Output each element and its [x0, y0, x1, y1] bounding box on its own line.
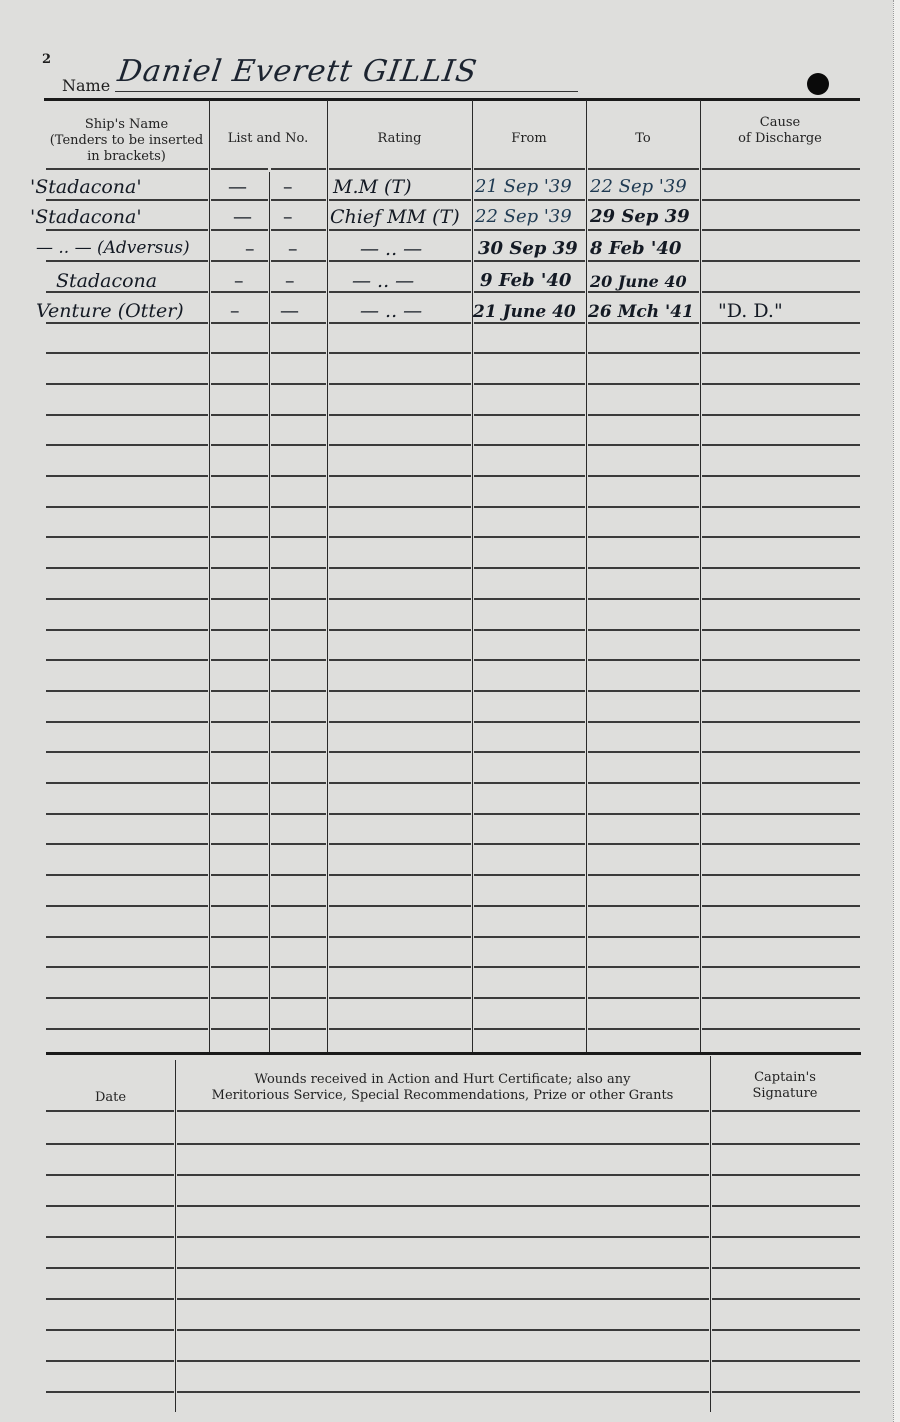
row-rule: [177, 1267, 709, 1269]
row-rule: [271, 782, 326, 784]
row-rule: [271, 567, 326, 569]
row-rule: [474, 813, 585, 815]
row-rule: [329, 598, 471, 600]
name-underline: [115, 91, 578, 92]
row-rule: [474, 414, 585, 416]
row-rule: [211, 199, 268, 201]
ship-cell: 'Stadacona': [30, 176, 142, 198]
row-rule: [702, 229, 860, 231]
row-rule: [588, 229, 699, 231]
list-cell: —: [228, 176, 247, 198]
row-rule: [474, 629, 585, 631]
header-date: Date: [46, 1090, 175, 1106]
row-rule: [474, 721, 585, 723]
from-cell: 30 Sep 39: [478, 238, 578, 259]
row-rule: [702, 383, 860, 385]
row-rule: [588, 352, 699, 354]
row-rule: [702, 936, 860, 938]
row-rule: [588, 751, 699, 753]
row-rule: [46, 629, 208, 631]
row-rule: [712, 1329, 860, 1331]
rating-cell: — .. —: [352, 270, 414, 292]
row-rule: [271, 843, 326, 845]
row-rule: [712, 1267, 860, 1269]
row-rule: [271, 997, 326, 999]
row-rule: [702, 536, 860, 538]
ship-cell: — .. — (Adversus): [36, 238, 190, 258]
header-wounds: Wounds received in Action and Hurt Certi…: [175, 1072, 710, 1104]
row-rule: [588, 659, 699, 661]
row-rule: [211, 475, 268, 477]
row-rule: [271, 260, 326, 262]
row-rule: [271, 199, 326, 201]
row-rule: [46, 1360, 174, 1362]
row-rule: [211, 874, 268, 876]
row-rule: [271, 322, 326, 324]
row-rule: [702, 905, 860, 907]
no-cell: —: [280, 300, 299, 322]
row-rule: [329, 751, 471, 753]
rating-cell: — .. —: [360, 300, 422, 322]
no-cell: –: [283, 176, 293, 198]
row-rule: [271, 905, 326, 907]
row-rule: [271, 414, 326, 416]
row-rule: [46, 721, 208, 723]
row-rule: [588, 475, 699, 477]
row-rule: [46, 260, 208, 262]
row-rule: [474, 690, 585, 692]
row-rule: [588, 813, 699, 815]
row-rule: [329, 168, 471, 170]
no-cell: –: [285, 270, 295, 292]
list-cell: –: [245, 238, 255, 260]
row-rule: [588, 936, 699, 938]
row-rule: [702, 629, 860, 631]
row-rule: [702, 291, 860, 293]
to-cell: 8 Feb '40: [590, 238, 681, 259]
row-rule: [702, 567, 860, 569]
header-to: To: [586, 131, 700, 147]
row-rule: [702, 659, 860, 661]
to-cell: 26 Mch '41: [588, 302, 694, 322]
no-cell: –: [288, 238, 298, 260]
row-rule: [474, 322, 585, 324]
row-rule: [46, 1298, 174, 1300]
row-rule: [329, 721, 471, 723]
header-rating: Rating: [327, 131, 472, 147]
row-rule: [588, 966, 699, 968]
row-rule: [712, 1391, 860, 1393]
row-rule: [211, 229, 268, 231]
row-rule: [329, 905, 471, 907]
row-rule: [211, 444, 268, 446]
punch-hole-icon: [807, 73, 829, 95]
row-rule: [46, 383, 208, 385]
row-rule: [177, 1174, 709, 1176]
row-rule: [702, 506, 860, 508]
row-rule: [329, 444, 471, 446]
row-rule: [329, 690, 471, 692]
row-rule: [702, 843, 860, 845]
row-rule: [474, 936, 585, 938]
row-rule: [329, 352, 471, 354]
list-no-divider: [269, 172, 270, 1053]
row-rule: [702, 813, 860, 815]
row-rule: [588, 567, 699, 569]
row-rule: [702, 782, 860, 784]
row-rule: [177, 1391, 709, 1393]
row-rule: [211, 629, 268, 631]
row-rule: [702, 322, 860, 324]
row-rule: [46, 444, 208, 446]
to-cell: 22 Sep '39: [590, 176, 687, 197]
row-rule: [702, 199, 860, 201]
row-rule: [702, 1028, 860, 1030]
row-rule: [271, 966, 326, 968]
row-rule: [177, 1110, 709, 1112]
row-rule: [588, 383, 699, 385]
row-rule: [474, 659, 585, 661]
row-rule: [271, 1028, 326, 1030]
name-label: Name: [62, 76, 110, 95]
row-rule: [474, 905, 585, 907]
row-rule: [177, 1143, 709, 1145]
header-captains-signature: Captain's Signature: [710, 1070, 860, 1102]
row-rule: [211, 322, 268, 324]
row-rule: [702, 444, 860, 446]
row-rule: [211, 536, 268, 538]
row-rule: [46, 1143, 174, 1145]
row-rule: [474, 352, 585, 354]
row-rule: [211, 843, 268, 845]
row-rule: [46, 1391, 174, 1393]
row-rule: [211, 905, 268, 907]
row-rule: [588, 414, 699, 416]
row-rule: [211, 690, 268, 692]
row-rule: [474, 782, 585, 784]
row-rule: [46, 751, 208, 753]
row-rule: [46, 843, 208, 845]
row-rule: [46, 874, 208, 876]
row-rule: [474, 751, 585, 753]
page-number: 2: [42, 52, 51, 67]
row-rule: [46, 905, 208, 907]
row-rule: [474, 536, 585, 538]
to-cell: 29 Sep 39: [590, 206, 690, 227]
row-rule: [211, 782, 268, 784]
row-rule: [329, 414, 471, 416]
row-rule: [46, 598, 208, 600]
row-rule: [588, 629, 699, 631]
row-rule: [474, 168, 585, 170]
row-rule: [474, 260, 585, 262]
row-rule: [712, 1298, 860, 1300]
row-rule: [271, 813, 326, 815]
row-rule: [46, 690, 208, 692]
row-rule: [588, 843, 699, 845]
row-rule: [702, 414, 860, 416]
row-rule: [46, 1110, 174, 1112]
row-rule: [271, 659, 326, 661]
row-rule: [46, 168, 208, 170]
header-from: From: [472, 131, 586, 147]
row-rule: [474, 383, 585, 385]
row-rule: [211, 598, 268, 600]
row-rule: [329, 506, 471, 508]
list-cell: –: [230, 300, 240, 322]
row-rule: [177, 1298, 709, 1300]
row-rule: [46, 966, 208, 968]
row-rule: [329, 813, 471, 815]
col-divider: [472, 100, 473, 1053]
row-rule: [329, 260, 471, 262]
row-rule: [329, 536, 471, 538]
service-record-page: 2 Name Daniel Everett GILLIS Ship's Name…: [0, 0, 900, 1422]
page-edge: [893, 0, 900, 1422]
row-rule: [211, 966, 268, 968]
row-rule: [46, 1236, 174, 1238]
row-rule: [271, 751, 326, 753]
wounds-top-rule: [46, 1052, 861, 1055]
row-rule: [46, 414, 208, 416]
row-rule: [329, 1028, 471, 1030]
row-rule: [211, 567, 268, 569]
row-rule: [271, 936, 326, 938]
no-cell: –: [283, 206, 293, 228]
row-rule: [474, 506, 585, 508]
row-rule: [211, 352, 268, 354]
row-rule: [211, 813, 268, 815]
row-rule: [702, 475, 860, 477]
row-rule: [712, 1174, 860, 1176]
row-rule: [702, 168, 860, 170]
row-rule: [271, 168, 326, 170]
row-rule: [588, 997, 699, 999]
from-cell: 22 Sep '39: [475, 206, 572, 227]
row-rule: [46, 813, 208, 815]
row-rule: [211, 659, 268, 661]
row-rule: [271, 229, 326, 231]
row-rule: [702, 721, 860, 723]
row-rule: [329, 629, 471, 631]
name-value: Daniel Everett GILLIS: [116, 54, 480, 89]
row-rule: [702, 690, 860, 692]
ship-cell: 'Stadacona': [30, 206, 142, 228]
row-rule: [211, 997, 268, 999]
ship-cell: Stadacona: [56, 270, 157, 292]
row-rule: [46, 1329, 174, 1331]
row-rule: [588, 874, 699, 876]
row-rule: [46, 475, 208, 477]
row-rule: [271, 874, 326, 876]
row-rule: [474, 229, 585, 231]
row-rule: [588, 444, 699, 446]
row-rule: [588, 721, 699, 723]
from-cell: 21 Sep '39: [475, 176, 572, 197]
row-rule: [329, 659, 471, 661]
row-rule: [588, 782, 699, 784]
row-rule: [474, 1028, 585, 1030]
ship-cell: Venture (Otter): [36, 300, 184, 322]
row-rule: [588, 905, 699, 907]
row-rule: [712, 1205, 860, 1207]
row-rule: [329, 229, 471, 231]
row-rule: [211, 936, 268, 938]
row-rule: [329, 322, 471, 324]
row-rule: [712, 1236, 860, 1238]
row-rule: [474, 874, 585, 876]
row-rule: [588, 506, 699, 508]
row-rule: [712, 1110, 860, 1112]
col-divider: [327, 100, 328, 1053]
row-rule: [211, 260, 268, 262]
row-rule: [271, 291, 326, 293]
row-rule: [211, 721, 268, 723]
rating-cell: — .. —: [360, 238, 422, 260]
header-list-no: List and No.: [209, 131, 327, 147]
row-rule: [329, 782, 471, 784]
row-rule: [474, 567, 585, 569]
row-rule: [588, 291, 699, 293]
row-rule: [46, 352, 208, 354]
row-rule: [46, 782, 208, 784]
row-rule: [329, 997, 471, 999]
row-rule: [329, 199, 471, 201]
header-cause-of-discharge: Cause of Discharge: [700, 115, 860, 147]
row-rule: [271, 444, 326, 446]
row-rule: [588, 322, 699, 324]
row-rule: [702, 260, 860, 262]
row-rule: [702, 352, 860, 354]
row-rule: [329, 843, 471, 845]
row-rule: [588, 598, 699, 600]
row-rule: [474, 291, 585, 293]
row-rule: [211, 506, 268, 508]
row-rule: [588, 168, 699, 170]
row-rule: [588, 199, 699, 201]
row-rule: [46, 199, 208, 201]
row-rule: [474, 997, 585, 999]
row-rule: [271, 690, 326, 692]
row-rule: [46, 322, 208, 324]
row-rule: [211, 414, 268, 416]
row-rule: [271, 383, 326, 385]
col-divider: [700, 100, 701, 1053]
row-rule: [177, 1236, 709, 1238]
row-rule: [329, 475, 471, 477]
row-rule: [474, 475, 585, 477]
row-rule: [271, 475, 326, 477]
from-cell: 9 Feb '40: [480, 270, 571, 291]
row-rule: [46, 567, 208, 569]
to-cell: 20 June 40: [590, 272, 687, 291]
row-rule: [46, 1267, 174, 1269]
row-rule: [329, 383, 471, 385]
row-rule: [588, 1028, 699, 1030]
row-rule: [46, 536, 208, 538]
row-rule: [712, 1360, 860, 1362]
row-rule: [329, 874, 471, 876]
list-cell: –: [234, 270, 244, 292]
row-rule: [588, 260, 699, 262]
row-rule: [46, 936, 208, 938]
row-rule: [702, 751, 860, 753]
row-rule: [177, 1205, 709, 1207]
row-rule: [702, 598, 860, 600]
row-rule: [211, 751, 268, 753]
col-divider: [209, 100, 210, 1053]
row-rule: [177, 1329, 709, 1331]
row-rule: [702, 966, 860, 968]
row-rule: [474, 444, 585, 446]
row-rule: [46, 506, 208, 508]
row-rule: [474, 598, 585, 600]
row-rule: [211, 168, 268, 170]
rating-cell: Chief MM (T): [330, 206, 460, 228]
row-rule: [588, 536, 699, 538]
row-rule: [712, 1143, 860, 1145]
row-rule: [329, 936, 471, 938]
list-cell: —: [233, 206, 252, 228]
row-rule: [271, 721, 326, 723]
row-rule: [46, 997, 208, 999]
row-rule: [474, 199, 585, 201]
row-rule: [177, 1360, 709, 1362]
table-top-rule: [44, 98, 860, 101]
col-divider: [175, 1060, 176, 1412]
row-rule: [46, 1028, 208, 1030]
row-rule: [588, 690, 699, 692]
row-rule: [46, 229, 208, 231]
row-rule: [271, 598, 326, 600]
row-rule: [329, 567, 471, 569]
row-rule: [46, 1205, 174, 1207]
rating-cell: M.M (T): [333, 176, 412, 198]
row-rule: [474, 966, 585, 968]
row-rule: [271, 506, 326, 508]
col-divider: [710, 1056, 711, 1412]
row-rule: [271, 629, 326, 631]
header-ship-name: Ship's Name (Tenders to be inserted in b…: [44, 117, 209, 165]
row-rule: [46, 1174, 174, 1176]
row-rule: [474, 843, 585, 845]
row-rule: [211, 383, 268, 385]
row-rule: [271, 352, 326, 354]
row-rule: [211, 1028, 268, 1030]
row-rule: [702, 997, 860, 999]
row-rule: [702, 874, 860, 876]
col-divider: [586, 100, 587, 1053]
row-rule: [329, 966, 471, 968]
from-cell: 21 June 40: [473, 302, 576, 322]
row-rule: [271, 536, 326, 538]
cause-cell: "D. D.": [718, 300, 783, 322]
row-rule: [46, 659, 208, 661]
